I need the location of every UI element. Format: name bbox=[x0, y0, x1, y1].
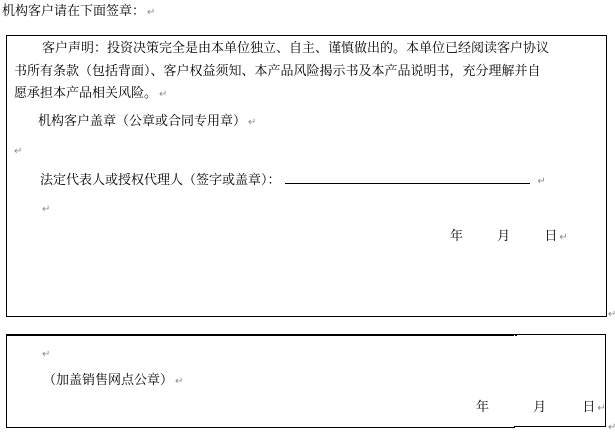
paragraph-mark-icon: ↵ bbox=[175, 376, 183, 387]
statement-line-1: 客户声明：投资决策完全是由本单位独立、自主、谨慎做出的。本单位已经阅读客户协议 bbox=[42, 41, 549, 57]
statement-line-2: 书所有条款（包括背面）、客户权益须知、本产品风险揭示书及本产品说明书，充分理解并… bbox=[14, 64, 541, 80]
box2-top-border-ext bbox=[514, 334, 606, 335]
date-day: 日 bbox=[544, 229, 557, 244]
sales-outlet-seal-label: （加盖销售网点公章）↵ bbox=[43, 373, 183, 390]
box1-date: 年 月 日↵ bbox=[450, 229, 568, 246]
signature-field[interactable] bbox=[285, 171, 530, 184]
statement-line-3: 愿承担本产品相关风险。↵ bbox=[14, 86, 167, 103]
paragraph-mark-icon: ↵ bbox=[42, 347, 50, 363]
date-year: 年 bbox=[450, 229, 463, 244]
date-day: 日 bbox=[582, 400, 595, 415]
sales-outlet-seal-text: （加盖销售网点公章） bbox=[43, 373, 173, 388]
paragraph-mark-icon: ↵ bbox=[159, 89, 167, 100]
heading: 机构客户请在下面签章：↵ bbox=[2, 4, 155, 21]
date-month: 月 bbox=[533, 400, 546, 415]
paragraph-mark-icon: ↵ bbox=[538, 176, 546, 187]
paragraph-mark-icon: ↵ bbox=[42, 202, 50, 218]
heading-text: 机构客户请在下面签章： bbox=[2, 4, 145, 19]
paragraph-mark-icon: ↵ bbox=[597, 403, 605, 414]
institution-seal-label: 机构客户盖章（公章或合同专用章）↵ bbox=[38, 114, 256, 131]
paragraph-mark-icon: ↵ bbox=[608, 307, 615, 323]
date-month: 月 bbox=[497, 229, 510, 244]
box2-bottom-border-ext bbox=[514, 426, 606, 427]
statement-line-3-text: 愿承担本产品相关风险。 bbox=[14, 86, 157, 101]
institution-seal-text: 机构客户盖章（公章或合同专用章） bbox=[38, 114, 246, 129]
signature-line: 法定代表人或授权代理人（签字或盖章）：↵ bbox=[40, 171, 546, 190]
date-year: 年 bbox=[476, 400, 489, 415]
signature-label: 法定代表人或授权代理人（签字或盖章）： bbox=[40, 173, 281, 188]
paragraph-mark-icon: ↵ bbox=[559, 232, 567, 243]
paragraph-mark-icon: ↵ bbox=[14, 144, 22, 160]
paragraph-mark-icon: ↵ bbox=[147, 7, 155, 18]
paragraph-mark-icon: ↵ bbox=[248, 117, 256, 128]
box2-date: 年 月 日↵ bbox=[476, 400, 606, 417]
paragraph-mark-icon: ↵ bbox=[608, 420, 615, 436]
